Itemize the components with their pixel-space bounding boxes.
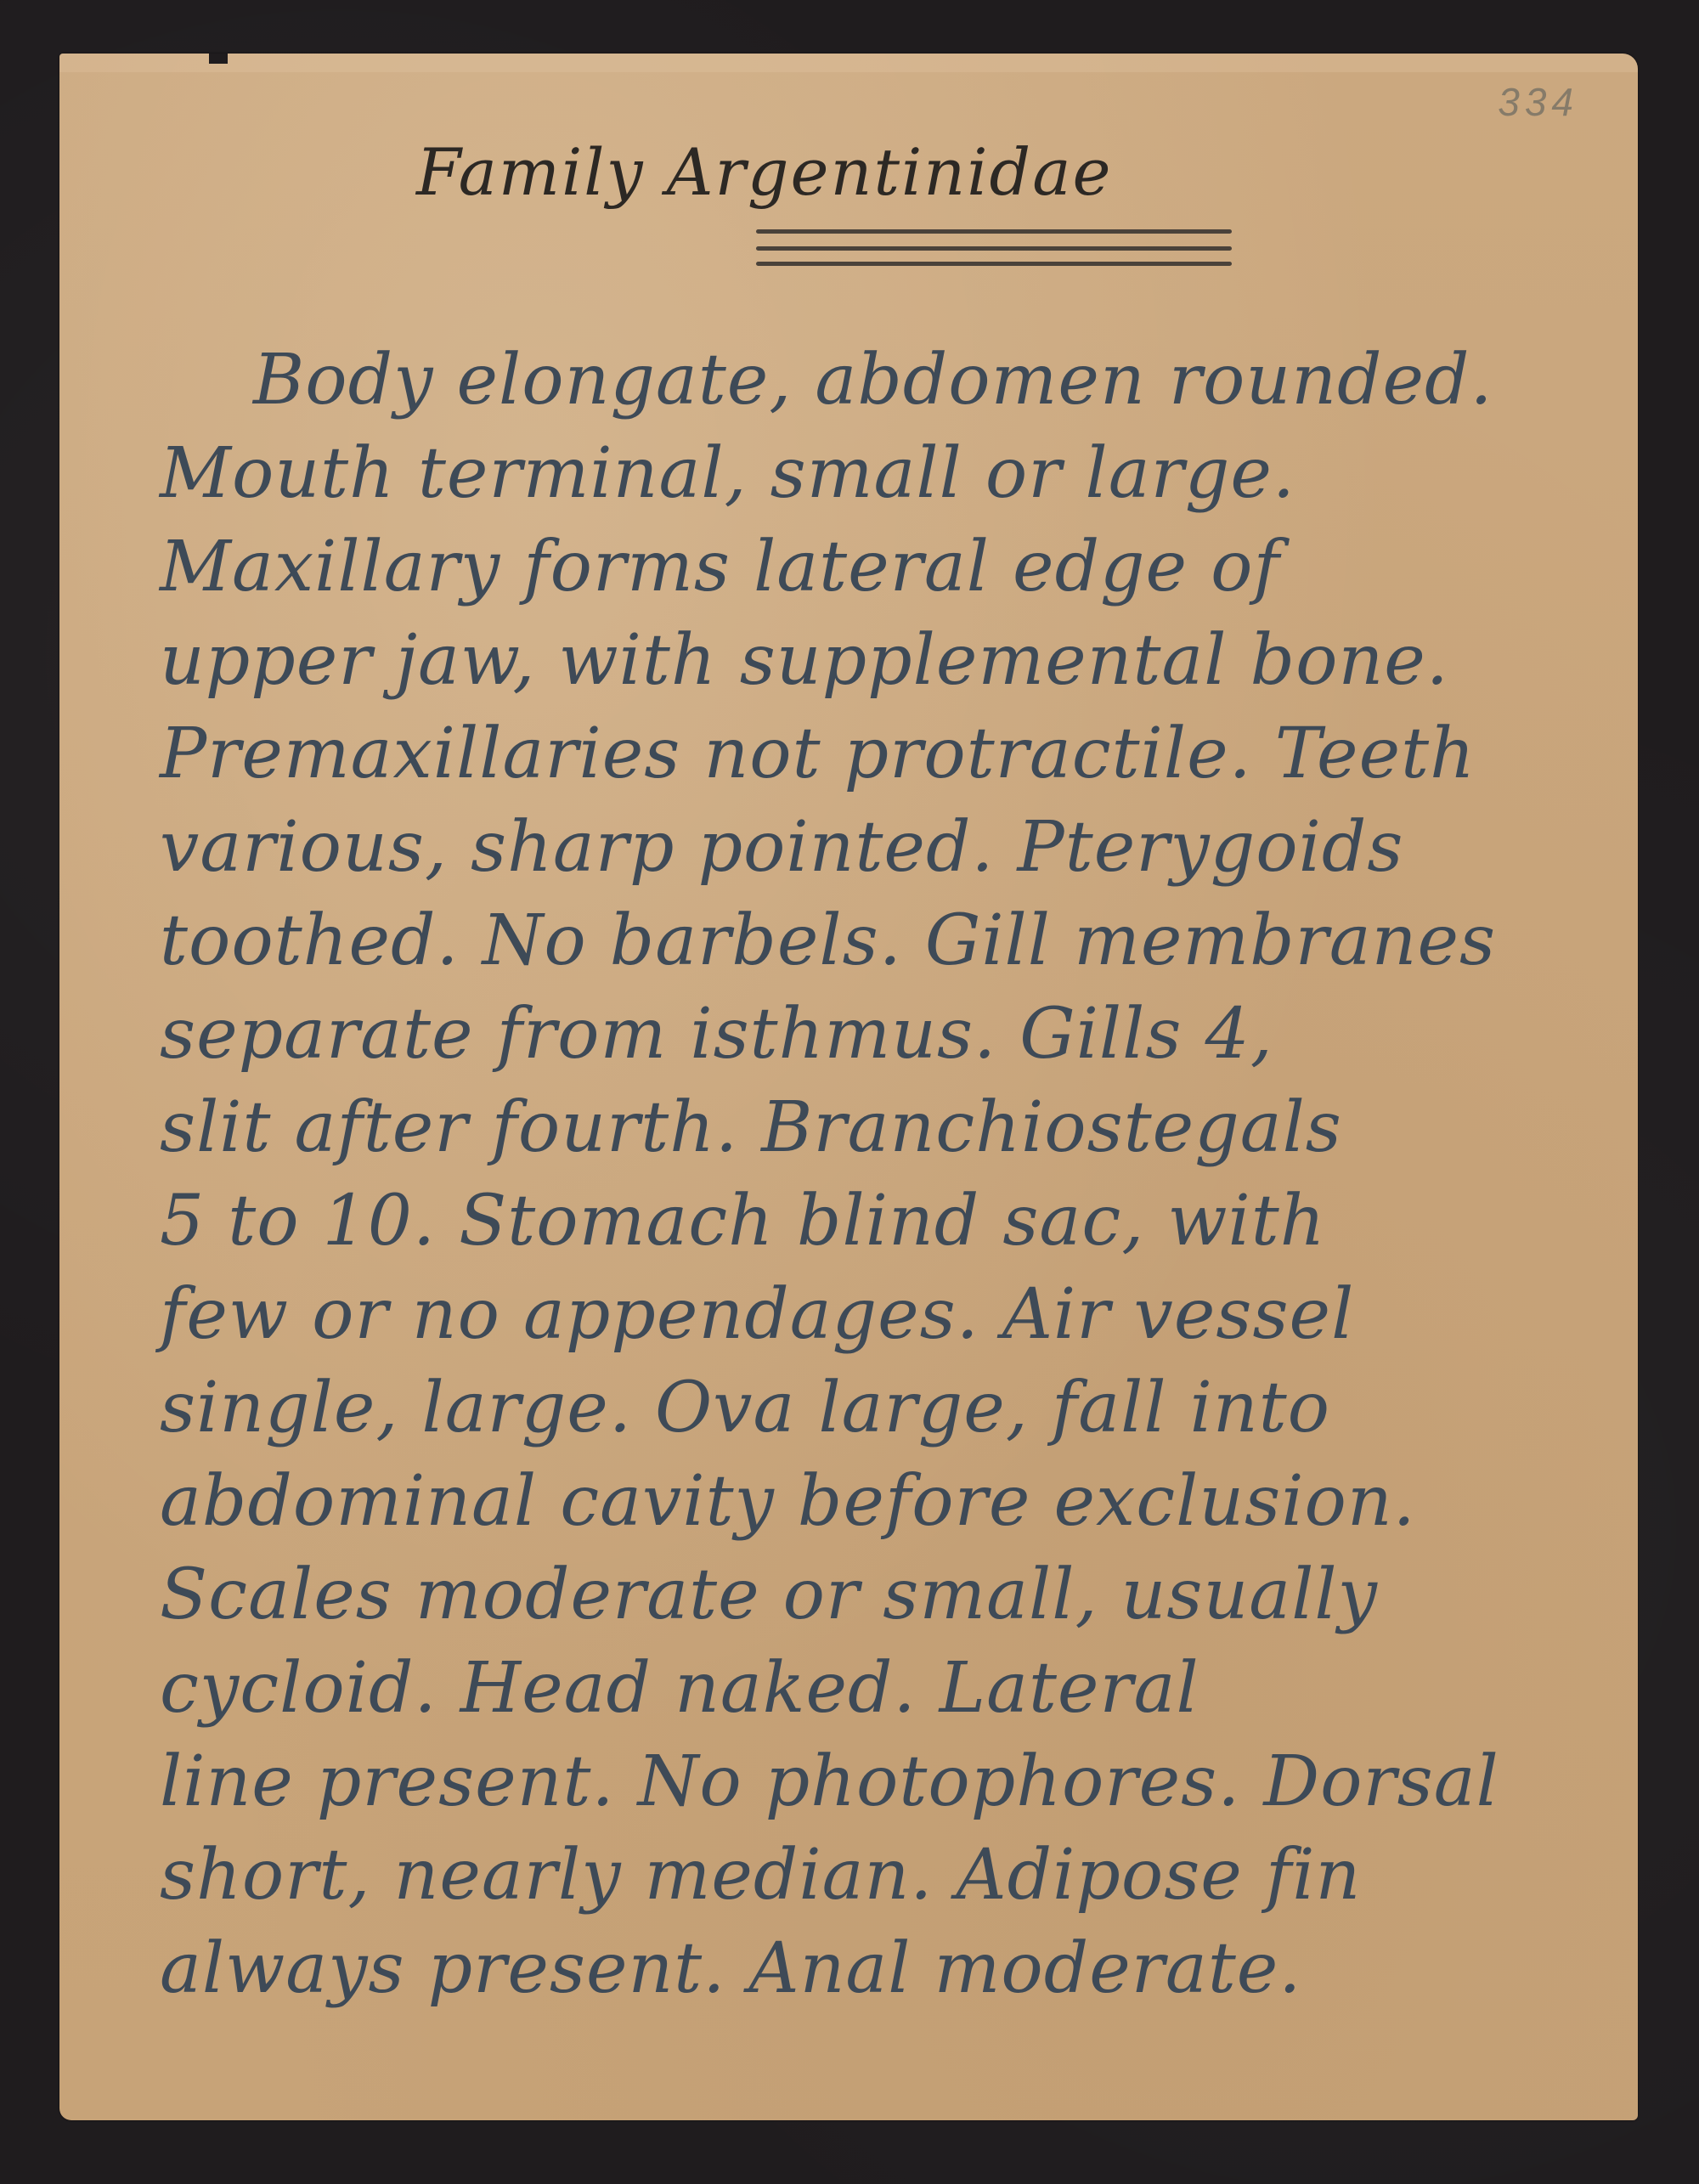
text-line: separate from isthmus. Gills 4, [160, 988, 1672, 1081]
text-line: Maxillary forms lateral edge of [160, 521, 1672, 614]
text-line: line present. No photophores. Dorsal [160, 1735, 1672, 1829]
title-underline-3 [756, 262, 1232, 266]
text-line: cycloid. Head naked. Lateral [160, 1642, 1672, 1735]
text-line: Premaxillaries not protractile. Teeth [160, 708, 1672, 801]
text-line: few or no appendages. Air vessel [160, 1268, 1672, 1362]
text-line: short, nearly median. Adipose fin [160, 1829, 1672, 1922]
text-line: upper jaw, with supplemental bone. [160, 614, 1672, 708]
manuscript-page: 334 Family Argentinidae Body elongate, a… [59, 54, 1638, 2120]
text-line: toothed. No barbels. Gill membranes [160, 894, 1672, 988]
page-number: 334 [1498, 79, 1578, 125]
handwritten-body: Body elongate, abdomen rounded. Mouth te… [160, 334, 1672, 2016]
paper-notch [209, 54, 228, 64]
text-line: various, sharp pointed. Pterygoids [160, 801, 1672, 894]
page-title: Family Argentinidae [416, 134, 1351, 210]
text-line: always present. Anal moderate. [160, 1922, 1672, 2016]
title-underline-2 [756, 246, 1232, 251]
text-line: Scales moderate or small, usually [160, 1549, 1672, 1642]
title-block: Family Argentinidae [416, 134, 1351, 210]
text-line: single, large. Ova large, fall into [160, 1362, 1672, 1455]
text-line: 5 to 10. Stomach blind sac, with [160, 1175, 1672, 1268]
text-line: abdominal cavity before exclusion. [160, 1455, 1672, 1549]
text-line: Mouth terminal, small or large. [160, 427, 1672, 521]
title-underline-1 [756, 229, 1232, 234]
text-line: slit after fourth. Branchiostegals [160, 1081, 1672, 1175]
text-line: Body elongate, abdomen rounded. [160, 334, 1672, 427]
paper-top-edge [59, 54, 1638, 72]
